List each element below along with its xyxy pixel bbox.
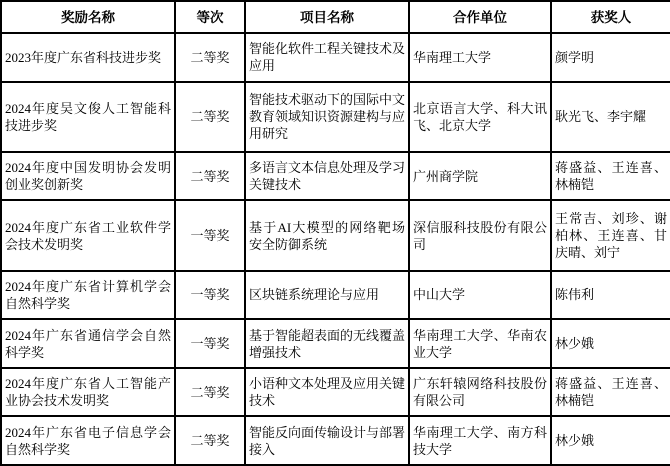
award-name-cell: 2023年度广东省科技进步奖	[1, 33, 175, 82]
award-name-cell: 2024年度广东省工业软件学会技术发明奖	[1, 200, 175, 270]
winners-cell: 王常吉、刘珍、谢柏林、王连喜、甘庆晴、刘宁	[551, 200, 670, 270]
winners-cell: 陈伟利	[551, 271, 670, 320]
partner-org-cell: 北京语言大学、科大讯飞、北京大学	[409, 82, 551, 152]
header-project-name: 项目名称	[245, 1, 409, 33]
table-row: 2024年度广东省工业软件学会技术发明奖 一等奖 基于AI大模型的网络靶场安全防…	[1, 200, 670, 270]
grade-cell: 二等奖	[175, 416, 245, 465]
winners-cell: 耿光飞、李宇耀	[551, 82, 670, 152]
award-name-cell: 2024年度广东省人工智能产业协会技术发明奖	[1, 368, 175, 417]
project-name-cell: 基于AI大模型的网络靶场安全防御系统	[245, 200, 409, 270]
table-row: 2024年广东省电子信息学会自然科学奖 二等奖 智能反向面传输设计与部署接入 华…	[1, 416, 670, 465]
partner-org-cell: 华南理工大学、华南农业大学	[409, 319, 551, 368]
table-row: 2024年度广东省人工智能产业协会技术发明奖 二等奖 小语种文本处理及应用关键技…	[1, 368, 670, 417]
table-row: 2023年度广东省科技进步奖 二等奖 智能化软件工程关键技术及应用 华南理工大学…	[1, 33, 670, 82]
header-award-name: 奖励名称	[1, 1, 175, 33]
header-grade: 等次	[175, 1, 245, 33]
winners-cell: 蒋盛益、王连喜、林楠铠	[551, 152, 670, 201]
grade-cell: 二等奖	[175, 82, 245, 152]
table-row: 2024年度吴文俊人工智能科技进步奖 二等奖 智能技术驱动下的国际中文教育领域知…	[1, 82, 670, 152]
winners-cell: 林少娥	[551, 319, 670, 368]
project-name-cell: 多语言文本信息处理及学习关键技术	[245, 152, 409, 201]
project-name-cell: 智能化软件工程关键技术及应用	[245, 33, 409, 82]
awards-table: 奖励名称 等次 项目名称 合作单位 获奖人 2023年度广东省科技进步奖 二等奖…	[0, 0, 670, 466]
partner-org-cell: 深信服科技股份有限公司	[409, 200, 551, 270]
header-winners: 获奖人	[551, 1, 670, 33]
award-name-cell: 2024年度吴文俊人工智能科技进步奖	[1, 82, 175, 152]
partner-org-cell: 中山大学	[409, 271, 551, 320]
table-row: 2024年度广东省计算机学会自然科学奖 一等奖 区块链系统理论与应用 中山大学 …	[1, 271, 670, 320]
grade-cell: 一等奖	[175, 319, 245, 368]
grade-cell: 二等奖	[175, 152, 245, 201]
partner-org-cell: 广州商学院	[409, 152, 551, 201]
partner-org-cell: 华南理工大学、南方科技大学	[409, 416, 551, 465]
partner-org-cell: 广东轩辕网络科技股份有限公司	[409, 368, 551, 417]
grade-cell: 二等奖	[175, 368, 245, 417]
winners-cell: 林少娥	[551, 416, 670, 465]
award-name-cell: 2024年广东省通信学会自然科学奖	[1, 319, 175, 368]
table-row: 2024年度中国发明协会发明创业奖创新奖 二等奖 多语言文本信息处理及学习关键技…	[1, 152, 670, 201]
grade-cell: 一等奖	[175, 271, 245, 320]
project-name-cell: 小语种文本处理及应用关键技术	[245, 368, 409, 417]
winners-cell: 颜学明	[551, 33, 670, 82]
grade-cell: 一等奖	[175, 200, 245, 270]
award-name-cell: 2024年度广东省计算机学会自然科学奖	[1, 271, 175, 320]
header-row: 奖励名称 等次 项目名称 合作单位 获奖人	[1, 1, 670, 33]
partner-org-cell: 华南理工大学	[409, 33, 551, 82]
project-name-cell: 基于智能超表面的无线覆盖增强技术	[245, 319, 409, 368]
project-name-cell: 智能技术驱动下的国际中文教育领域知识资源建构与应用研究	[245, 82, 409, 152]
award-name-cell: 2024年度中国发明协会发明创业奖创新奖	[1, 152, 175, 201]
project-name-cell: 区块链系统理论与应用	[245, 271, 409, 320]
header-partner-org: 合作单位	[409, 1, 551, 33]
table-row: 2024年广东省通信学会自然科学奖 一等奖 基于智能超表面的无线覆盖增强技术 华…	[1, 319, 670, 368]
winners-cell: 蒋盛益、王连喜、林楠铠	[551, 368, 670, 417]
grade-cell: 二等奖	[175, 33, 245, 82]
awards-table-page: 奖励名称 等次 项目名称 合作单位 获奖人 2023年度广东省科技进步奖 二等奖…	[0, 0, 670, 466]
award-name-cell: 2024年广东省电子信息学会自然科学奖	[1, 416, 175, 465]
project-name-cell: 智能反向面传输设计与部署接入	[245, 416, 409, 465]
